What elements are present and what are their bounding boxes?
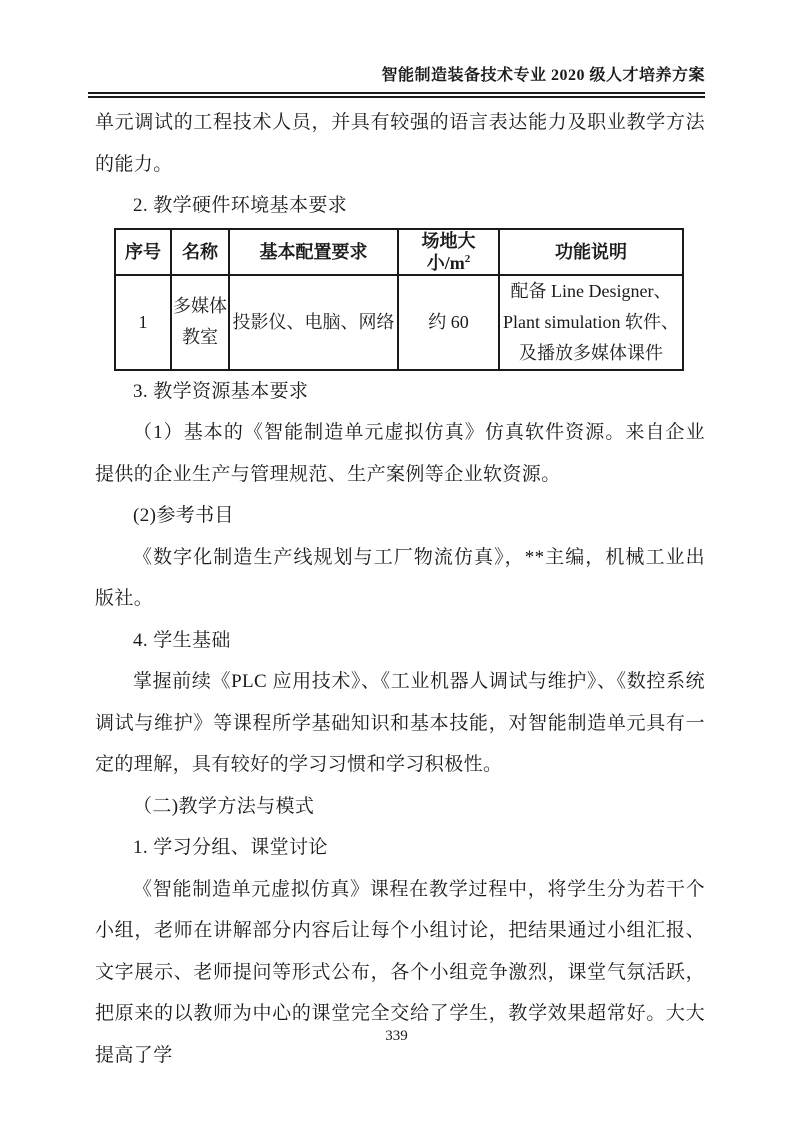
page-footer: 339 xyxy=(0,1028,793,1045)
col-header-config: 基本配置要求 xyxy=(229,229,398,275)
cell-name: 多媒体教室 xyxy=(171,275,229,370)
cell-config: 投影仪、电脑、网络 xyxy=(229,275,398,370)
area-superscript: 2 xyxy=(465,253,471,265)
document-page: 智能制造装备技术专业 2020 级人才培养方案 单元调试的工程技术人员，并具有较… xyxy=(0,0,793,1122)
page-number: 339 xyxy=(385,1028,408,1044)
paragraph-student-foundation: 掌握前续《PLC 应用技术》、《工业机器人调试与维护》、《数控系统调试与维护》等… xyxy=(95,661,705,786)
col-header-area-label: 场地大小/m xyxy=(422,231,476,273)
col-header-name: 名称 xyxy=(171,229,229,275)
paragraph-reference-books: 《数字化制造生产线规划与工厂物流仿真》，**主编，机械工业出版社。 xyxy=(95,537,705,620)
table-row: 1 多媒体教室 投影仪、电脑、网络 约 60 配备 Line Designer、… xyxy=(115,275,683,370)
table-header-row: 序号 名称 基本配置要求 场地大小/m2 功能说明 xyxy=(115,229,683,275)
col-header-no: 序号 xyxy=(115,229,171,275)
cell-area: 约 60 xyxy=(398,275,499,370)
col-header-area: 场地大小/m2 xyxy=(398,229,499,275)
cell-function: 配备 Line Designer、Plant simulation 软件、及播放… xyxy=(499,275,683,370)
page-header-title: 智能制造装备技术专业 2020 级人才培养方案 xyxy=(88,62,705,85)
paragraph-resources: （1）基本的《智能制造单元虚拟仿真》仿真软件资源。来自企业提供的企业生产与管理规… xyxy=(95,412,705,495)
page-header: 智能制造装备技术专业 2020 级人才培养方案 xyxy=(88,62,705,98)
col-header-function: 功能说明 xyxy=(499,229,683,275)
heading-hardware-requirements: 2. 教学硬件环境基本要求 xyxy=(95,185,705,227)
heading-student-foundation: 4. 学生基础 xyxy=(95,620,705,662)
heading-teaching-resources: 3. 教学资源基本要求 xyxy=(95,371,705,413)
heading-group-discussion: 1. 学习分组、课堂讨论 xyxy=(95,827,705,869)
hardware-requirements-table: 序号 名称 基本配置要求 场地大小/m2 功能说明 1 多媒体教室 投影仪、电脑… xyxy=(114,228,684,371)
heading-reference-books: (2)参考书目 xyxy=(95,495,705,537)
heading-teaching-methods: （二)教学方法与模式 xyxy=(95,786,705,828)
document-body: 单元调试的工程技术人员，并具有较强的语言表达能力及职业教学方法的能力。 2. 教… xyxy=(95,102,705,1076)
paragraph-intro-continuation: 单元调试的工程技术人员，并具有较强的语言表达能力及职业教学方法的能力。 xyxy=(95,102,705,185)
page-header-rule xyxy=(88,92,705,98)
cell-no: 1 xyxy=(115,275,171,370)
